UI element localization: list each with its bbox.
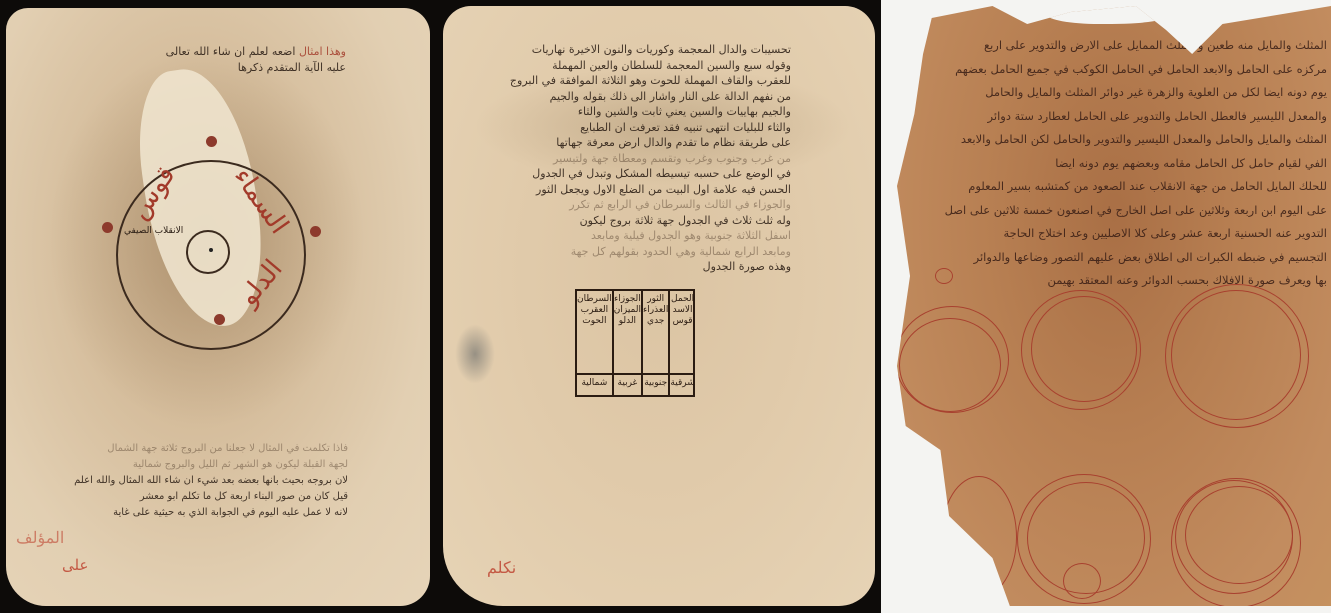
marginal-note: المؤلف xyxy=(16,528,64,547)
table-cell: الحملالاسدقوس xyxy=(668,291,694,373)
header-text: وهذا امثال اضعه لعلم ان شاء الله تعالى ع… xyxy=(46,44,346,76)
diagram-center-label: الانقلاب الصيفي xyxy=(124,226,183,236)
table-cell: الثورالعذراءجدي xyxy=(641,291,668,373)
marginal-note: على xyxy=(62,556,88,574)
text-line: الفي لقيام حامل كل الحامل مقامه وبعضهم ي… xyxy=(917,152,1327,176)
table-cell: السرطانالعقربالحوت xyxy=(577,291,612,373)
orbit-circle-small xyxy=(935,268,953,284)
text-line: في الوضع على حسبه تيسيطه المشكل وتبدل في… xyxy=(501,166,791,182)
manuscript-photo: وهذا امثال اضعه لعلم ان شاء الله تعالى ع… xyxy=(0,0,1331,613)
diagram-dot xyxy=(214,314,225,325)
table-footer-cell: شمالية xyxy=(577,373,612,395)
diagram-dot xyxy=(206,136,217,147)
header-line: اضعه لعلم ان شاء الله تعالى xyxy=(166,45,296,58)
text-line: والجوزاء في الثالث والسرطان في الرابع ثم… xyxy=(501,197,791,213)
text-line: تحسيبات والدال المعجمة وكوريات والنون ال… xyxy=(501,42,791,58)
text-line: يوم دونه ايضا لكل من العلوية والزهرة غير… xyxy=(917,81,1327,105)
text-line: لانه لا عمل عليه اليوم في الجوابة الذي ب… xyxy=(58,505,348,521)
diagram-dot xyxy=(310,226,321,237)
text-line: التجسيم في ضبطه الكبرات الى اطلاق بعض عل… xyxy=(917,246,1327,270)
manuscript-page-left: وهذا امثال اضعه لعلم ان شاء الله تعالى ع… xyxy=(6,8,430,606)
text-line: قيل كان من صور البناء اربعة كل ما تكلم ا… xyxy=(58,489,348,505)
text-line: من غرب وجنوب وغرب وتقسم ومعطاة جهة ولتيس… xyxy=(501,151,791,167)
text-line: التدوير عنه الحسنية اربعة عشر وعلى كلا ا… xyxy=(917,222,1327,246)
table-footer-cell: شرقية xyxy=(668,373,694,395)
body-text: فاذا تكلمت في المثال لا جعلنا من البروج … xyxy=(58,441,348,521)
text-line: على طريقة نظام ما تقدم والدال ارض معرفة … xyxy=(501,135,791,151)
text-line: المثلث والمايل منه طعين والمثلث الممايل … xyxy=(917,34,1327,58)
text-line: وقوله سبع والسين المعجمة للسلطان والعين … xyxy=(501,58,791,74)
zodiac-circle-inner xyxy=(186,230,230,274)
text-line: للحلك المايل الحامل من جهة الانقلاب عند … xyxy=(917,175,1327,199)
header-line-2: عليه الآية المتقدم ذكرها xyxy=(46,60,346,76)
text-line: للعقرب والقاف المهملة للحوت وهو الثلاثة … xyxy=(501,73,791,89)
text-line: من نفهم الدالة على النار واشار الى ذلك ب… xyxy=(501,89,791,105)
table-cell: الجوزاءالميزانالدلو xyxy=(612,291,641,373)
zodiac-table: السرطانالعقربالحوت الجوزاءالميزانالدلو ا… xyxy=(575,289,695,397)
orbit-circle xyxy=(1171,290,1301,420)
text-line: ومابعد الرابع شمالية وهي الحدود بقولهم ك… xyxy=(501,244,791,260)
text-line: والمعدل الليسير فالعطل الحامل والتدوير ع… xyxy=(917,105,1327,129)
orbit-circle xyxy=(1031,296,1137,402)
text-line: المثلث والمايل والحامل والمعدل الليسير و… xyxy=(917,128,1327,152)
body-text-top: تحسيبات والدال المعجمة وكوريات والنون ال… xyxy=(501,42,791,275)
manuscript-page-right: المثلث والمايل منه طعين والمثلث الممايل … xyxy=(897,6,1331,606)
text-line: على اليوم ابن اربعة وثلاثين على اصل الخا… xyxy=(917,199,1327,223)
table-footer-cell: جنوبية xyxy=(641,373,668,395)
manuscript-page-middle: تحسيبات والدال المعجمة وكوريات والنون ال… xyxy=(443,6,875,606)
ink-stain xyxy=(455,324,495,384)
text-line: والجيم بهاييات والسين يعني ثابت والشين و… xyxy=(501,104,791,120)
body-text: المثلث والمايل منه طعين والمثلث الممايل … xyxy=(917,34,1327,293)
table-footer-cell: غربية xyxy=(612,373,641,395)
center-point xyxy=(209,248,213,252)
orbit-circle-small xyxy=(1063,563,1101,599)
text-line: لجهة القبلة ليكون هو الشهر ثم الليل والب… xyxy=(58,457,348,473)
marginal-note: نكلم xyxy=(487,558,516,577)
text-line: فاذا تكلمت في المثال لا جعلنا من البروج … xyxy=(58,441,348,457)
text-line: لان بروجه بحيث بانها بعضه بعد شيء ان شاء… xyxy=(58,473,348,489)
text-line: وله ثلث ثلاث في الجدول جهة ثلاثة بروج لي… xyxy=(501,213,791,229)
text-line: الحسن فيه علامة اول البيت من الضلع الاول… xyxy=(501,182,791,198)
text-line: وهذه صورة الجدول xyxy=(501,259,791,275)
header-rubric: وهذا امثال xyxy=(299,45,346,58)
text-line: اسفل الثلاثة جنوبية وهو الجدول فيلية وما… xyxy=(501,228,791,244)
diagram-dot xyxy=(102,222,113,233)
orbit-circle xyxy=(899,318,1001,412)
text-line: مركزه على الحامل والابعد الحامل في الحام… xyxy=(917,58,1327,82)
orbit-circle xyxy=(1175,480,1293,594)
text-line: والثاء للبليات انتهى تنبيه فقد تعرفت ان … xyxy=(501,120,791,136)
